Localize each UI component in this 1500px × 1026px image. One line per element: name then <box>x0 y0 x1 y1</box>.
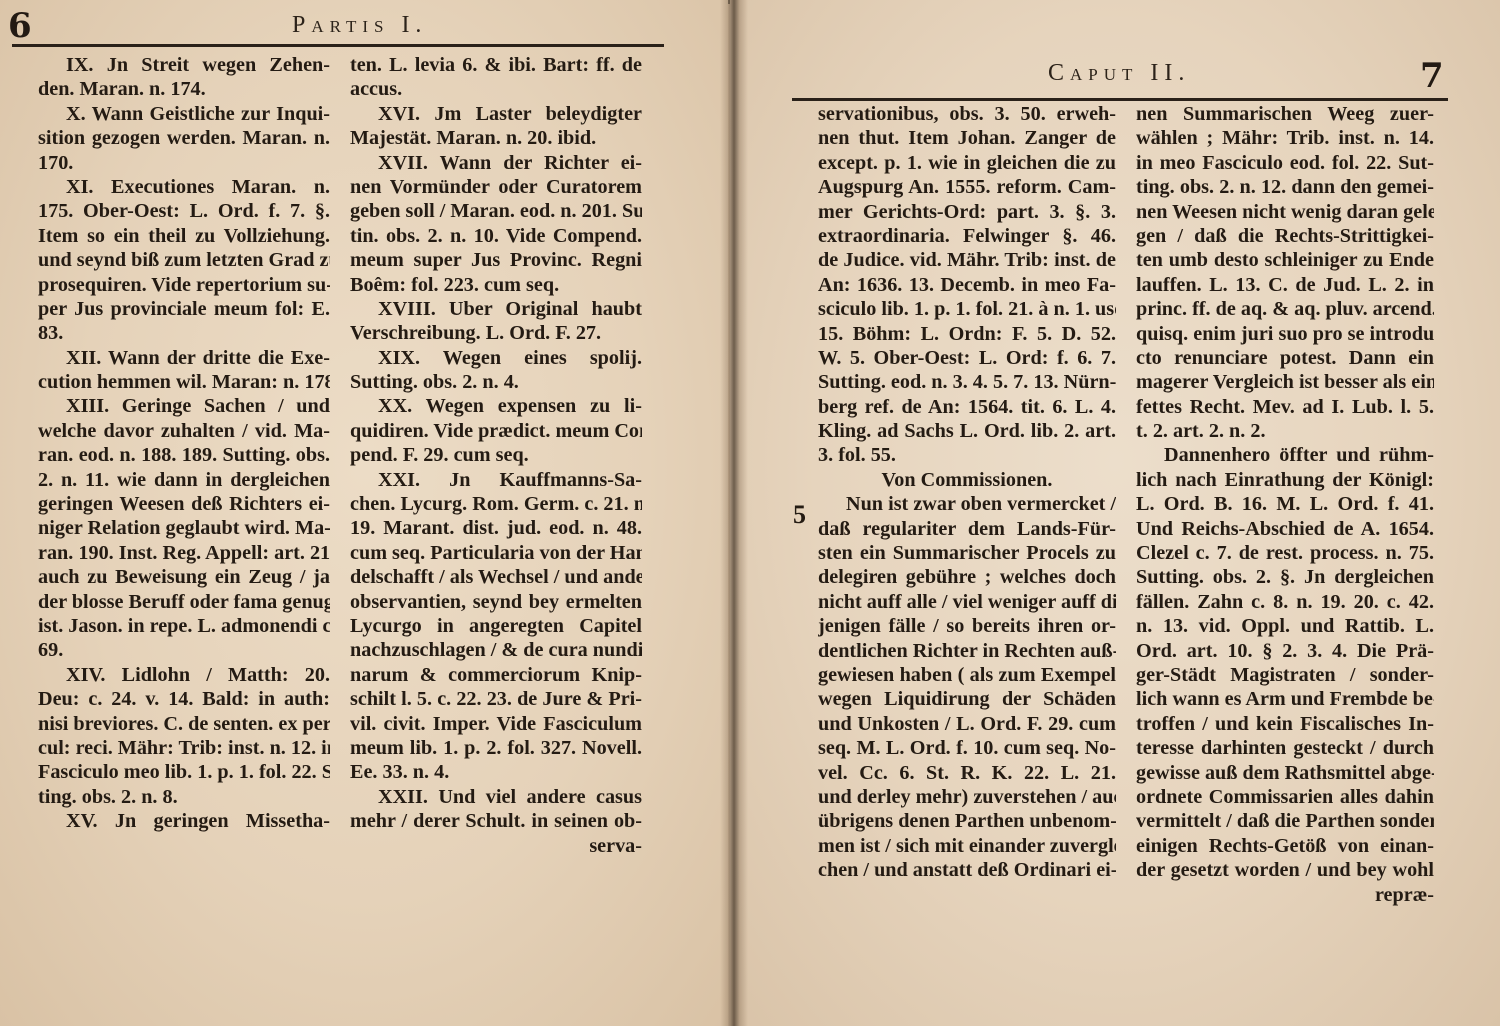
text-line: übrigens denen Parthen unbenom- <box>818 809 1116 833</box>
text-line: pend. F. 29. cum seq. <box>350 443 642 467</box>
text-line: Lycurgo in angeregten Capitel <box>350 614 642 638</box>
text-line: 3. fol. 55. <box>818 443 1116 467</box>
text-line: Nun ist zwar oben vermercket / <box>818 492 1116 516</box>
text-line: princ. ff. de aq. & aq. pluv. arcend. <box>1136 297 1434 321</box>
text-line: Item so ein theil zu Vollziehung. <box>38 224 330 248</box>
text-line: mehr / derer Schult. in seinen ob- <box>350 809 642 833</box>
text-line: 175. Ober-Oest: L. Ord. f. 7. §. <box>38 199 330 223</box>
text-line: sten ein Summarischer Procels zu <box>818 541 1116 565</box>
text-line: meum lib. 1. p. 2. fol. 327. Novell. <box>350 736 642 760</box>
text-line: sciculo lib. 1. p. 1. fol. 21. à n. 1. u… <box>818 297 1116 321</box>
text-line: Verschreibung. L. Ord. F. 27. <box>350 321 642 345</box>
text-line: Sutting. obs. 2. n. 4. <box>350 370 642 394</box>
text-line: observantien, seynd bey ermelten <box>350 590 642 614</box>
text-line: XIV. Lidlohn / Matth: 20. <box>38 663 330 687</box>
text-line: Clezel c. 7. de rest. process. n. 75. <box>1136 541 1434 565</box>
page-number: 6 <box>8 6 32 46</box>
text-line: ran. eod. n. 188. 189. Sutting. obs. <box>38 443 330 467</box>
header-rule <box>792 98 1448 101</box>
text-line: fettes Recht. Mev. ad I. Lub. l. 5. <box>1136 395 1434 419</box>
text-line: quisq. enim juri suo pro se introdu- <box>1136 322 1434 346</box>
text-line: gen / daß die Rechts-Strittigkei- <box>1136 224 1434 248</box>
text-line: XX. Wegen expensen zu li- <box>350 394 642 418</box>
right-column-2: nen Summarischen Weeg zuer-wählen ; Mähr… <box>1136 102 1434 907</box>
text-line: XVI. Jm Laster beleydigter <box>350 102 642 126</box>
text-line: ten umb desto schleiniger zu Ende <box>1136 248 1434 272</box>
text-line: vil. civit. Imper. Vide Fasciculum <box>350 712 642 736</box>
text-line: XV. Jn geringen Missetha- <box>38 809 330 833</box>
text-line: nen Vormünder oder Curatorem <box>350 175 642 199</box>
running-head: Caput II. <box>1048 60 1190 87</box>
text-line: cto renunciare potest. Dann ein <box>1136 346 1434 370</box>
text-line: serva- <box>350 834 642 858</box>
text-line: 15. Böhm: L. Ordn: F. 5. D. 52. <box>818 322 1116 346</box>
text-line: geringen Weesen deß Richters ei- <box>38 492 330 516</box>
text-line: XIX. Wegen eines spolij. <box>350 346 642 370</box>
text-line: den. Maran. n. 174. <box>38 77 330 101</box>
text-line: ten. L. levia 6. & ibi. Bart: ff. de <box>350 53 642 77</box>
text-line: Von Commissionen. <box>818 468 1116 492</box>
text-line: 83. <box>38 321 330 345</box>
text-line: XVII. Wann der Richter ei- <box>350 151 642 175</box>
text-line: teresse darhinten gesteckt / durch <box>1136 736 1434 760</box>
text-line: berg ref. de An: 1564. tit. 6. L. 4. <box>818 395 1116 419</box>
text-line: IX. Jn Streit wegen Zehen- <box>38 53 330 77</box>
text-line: magerer Vergleich ist besser als ein <box>1136 370 1434 394</box>
text-line: welche davor zuhalten / vid. Ma- <box>38 419 330 443</box>
text-line: XXI. Jn Kauffmanns-Sa- <box>350 468 642 492</box>
text-line: fällen. Zahn c. 8. n. 19. 20. c. 42. <box>1136 590 1434 614</box>
text-line: Sutting. eod. n. 3. 4. 5. 7. 13. Nürn- <box>818 370 1116 394</box>
text-line: X. Wann Geistliche zur Inqui- <box>38 102 330 126</box>
left-running-head: Partis I. <box>292 12 427 39</box>
text-line: gewisse auß dem Rathsmittel abge- <box>1136 761 1434 785</box>
text-line: geben soll / Maran. eod. n. 201. Sut- <box>350 199 642 223</box>
left-page-header: 6 <box>8 6 32 46</box>
text-line: nen Summarischen Weeg zuer- <box>1136 102 1434 126</box>
text-line: XII. Wann der dritte die Exe- <box>38 346 330 370</box>
text-line: niger Relation geglaubt wird. Ma- <box>38 516 330 540</box>
text-line: lich nach Einrathung der Königl: <box>1136 468 1434 492</box>
text-line: Deu: c. 24. v. 14. Bald: in auth: <box>38 687 330 711</box>
text-line: seq. M. L. Ord. f. 10. cum seq. No- <box>818 736 1116 760</box>
text-line: prosequiren. Vide repertorium su- <box>38 273 330 297</box>
text-line: W. 5. Ober-Oest: L. Ord: f. 6. 7. <box>818 346 1116 370</box>
right-column-1: servationibus, obs. 3. 50. erweh-nen thu… <box>818 102 1116 883</box>
text-line: narum & commerciorum Knip- <box>350 663 642 687</box>
text-line: cum seq. Particularia von der Han- <box>350 541 642 565</box>
text-line: Majestät. Maran. n. 20. ibid. <box>350 126 642 150</box>
text-line: und derley mehr) zuverstehen / auch <box>818 785 1116 809</box>
text-line: ger-Städt Magistraten / sonder- <box>1136 663 1434 687</box>
text-line: n. 13. vid. Oppl. und Rattib. L. <box>1136 614 1434 638</box>
text-line: accus. <box>350 77 642 101</box>
text-line: der blosse Beruff oder fama genug <box>38 590 330 614</box>
text-line: Fasciculo meo lib. 1. p. 1. fol. 22. Sut… <box>38 760 330 784</box>
text-line: t. 2. art. 2. n. 2. <box>1136 419 1434 443</box>
text-line: cution hemmen wil. Maran: n. 178. <box>38 370 330 394</box>
text-line: schilt l. 5. c. 22. 23. de Jure & Pri- <box>350 687 642 711</box>
text-line: chen / und anstatt deß Ordinari ei- <box>818 858 1116 882</box>
text-line: Und Reichs-Abschied de A. 1654. <box>1136 517 1434 541</box>
text-line: daß regulariter dem Lands-Für- <box>818 517 1116 541</box>
text-line: Ord. art. 10. § 2. 3. 4. Die Prä- <box>1136 639 1434 663</box>
text-line: sition gezogen werden. Maran. n. <box>38 126 330 150</box>
text-line: wegen Liquidirung der Schäden <box>818 687 1116 711</box>
text-line: jenigen fälle / so bereits ihren or- <box>818 614 1116 638</box>
text-line: extraordinaria. Felwinger §. 46. <box>818 224 1116 248</box>
text-line: einigen Rechts-Getöß von einan- <box>1136 834 1434 858</box>
text-line: mer Gerichts-Ord: part. 3. §. 3. <box>818 200 1116 224</box>
marginal-section-number: 5 <box>793 500 806 530</box>
text-line: 170. <box>38 151 330 175</box>
text-line: L. Ord. B. 16. M. L. Ord. f. 41. <box>1136 492 1434 516</box>
right-running-head: Caput II. <box>1048 60 1190 87</box>
text-line: ting. obs. 2. n. 12. dann den gemei- <box>1136 175 1434 199</box>
text-line: XI. Executiones Maran. n. <box>38 175 330 199</box>
text-line: Sutting. obs. 2. §. Jn dergleichen <box>1136 565 1434 589</box>
book-spread: 6 Partis I. IX. Jn Streit wegen Zehen-de… <box>0 0 1500 1026</box>
text-line: delegiren gebühre ; welches doch <box>818 565 1116 589</box>
text-line: chen. Lycurg. Rom. Germ. c. 21. n. <box>350 492 642 516</box>
text-line: Boêm: fol. 223. cum seq. <box>350 273 642 297</box>
text-line: delschafft / als Wechsel / und andere <box>350 565 642 589</box>
text-line: tin. obs. 2. n. 10. Vide Compend. <box>350 224 642 248</box>
text-line: Ee. 33. n. 4. <box>350 760 642 784</box>
text-line: An: 1636. 13. Decemb. in meo Fa- <box>818 273 1116 297</box>
text-line: auch zu Beweisung ein Zeug / ja <box>38 565 330 589</box>
text-line: repræ- <box>1136 883 1434 907</box>
text-line: dentlichen Richter in Rechten auß- <box>818 639 1116 663</box>
text-line: in meo Fasciculo eod. fol. 22. Sut- <box>1136 151 1434 175</box>
text-line: XVIII. Uber Original haubt <box>350 297 642 321</box>
text-line: Kling. ad Sachs L. Ord. lib. 2. art. <box>818 419 1116 443</box>
text-line: cul: reci. Mähr: Trib: inst. n. 12. in <box>38 736 330 760</box>
text-line: except. p. 1. wie in gleichen die zu <box>818 151 1116 175</box>
header-rule <box>12 44 664 47</box>
text-line: servationibus, obs. 3. 50. erweh- <box>818 102 1116 126</box>
left-column-2: ten. L. levia 6. & ibi. Bart: ff. deaccu… <box>350 53 642 858</box>
text-line: gewiesen haben ( als zum Exempel <box>818 663 1116 687</box>
text-line: Augspurg An. 1555. reform. Cam- <box>818 175 1116 199</box>
right-page: Caput II. 7 5 servationibus, obs. 3. 50.… <box>730 0 1500 1026</box>
text-line: ist. Jason. in repe. L. admonendi c. <box>38 614 330 638</box>
text-line: meum super Jus Provinc. Regni <box>350 248 642 272</box>
text-line: de Judice. vid. Mähr. Trib: inst. de <box>818 248 1116 272</box>
text-line: 69. <box>38 638 330 662</box>
text-line: 19. Marant. dist. jud. eod. n. 48. <box>350 516 642 540</box>
text-line: men ist / sich mit einander zuverglei- <box>818 834 1116 858</box>
text-line: vel. Cc. 6. St. R. K. 22. L. 21. <box>818 761 1116 785</box>
left-page: 6 Partis I. IX. Jn Streit wegen Zehen-de… <box>0 0 728 1026</box>
text-line: 2. n. 11. wie dann in dergleichen <box>38 468 330 492</box>
text-line: nicht auff alle / viel weniger auff die <box>818 590 1116 614</box>
book-gutter <box>720 0 748 1026</box>
text-line: nen Weesen nicht wenig daran gele- <box>1136 200 1434 224</box>
text-line: quidiren. Vide prædict. meum Com- <box>350 419 642 443</box>
text-line: per Jus provinciale meum fol: E. <box>38 297 330 321</box>
text-line: der gesetzt worden / und bey wohl <box>1136 858 1434 882</box>
right-page-header: 7 <box>1420 56 1444 96</box>
text-line: und seynd biß zum letzten Grad zu <box>38 248 330 272</box>
text-line: vermittelt / daß die Parthen sonder <box>1136 809 1434 833</box>
text-line: nen thut. Item Johan. Zanger de <box>818 126 1116 150</box>
text-line: wählen ; Mähr: Trib. inst. n. 14. <box>1136 126 1434 150</box>
text-line: ting. obs. 2. n. 8. <box>38 785 330 809</box>
left-column-1: IX. Jn Streit wegen Zehen-den. Maran. n.… <box>38 53 330 834</box>
text-line: ordnete Commissarien alles dahin <box>1136 785 1434 809</box>
text-line: und Unkosten / L. Ord. F. 29. cum <box>818 712 1116 736</box>
text-line: nisi breviores. C. de senten. ex peri- <box>38 712 330 736</box>
text-line: lauffen. L. 13. C. de Jud. L. 2. in <box>1136 273 1434 297</box>
text-line: XXII. Und viel andere casus <box>350 785 642 809</box>
text-line: Dannenhero öffter und rühm- <box>1136 443 1434 467</box>
running-head: Partis I. <box>292 12 427 39</box>
text-line: nachzuschlagen / & de cura nundi- <box>350 638 642 662</box>
page-number: 7 <box>1420 56 1444 96</box>
text-line: XIII. Geringe Sachen / und <box>38 394 330 418</box>
text-line: lich wann es Arm und Frembde be- <box>1136 687 1434 711</box>
text-line: troffen / und kein Fiscalisches In- <box>1136 712 1434 736</box>
text-line: ran. 190. Inst. Reg. Appell: art. 21. <box>38 541 330 565</box>
